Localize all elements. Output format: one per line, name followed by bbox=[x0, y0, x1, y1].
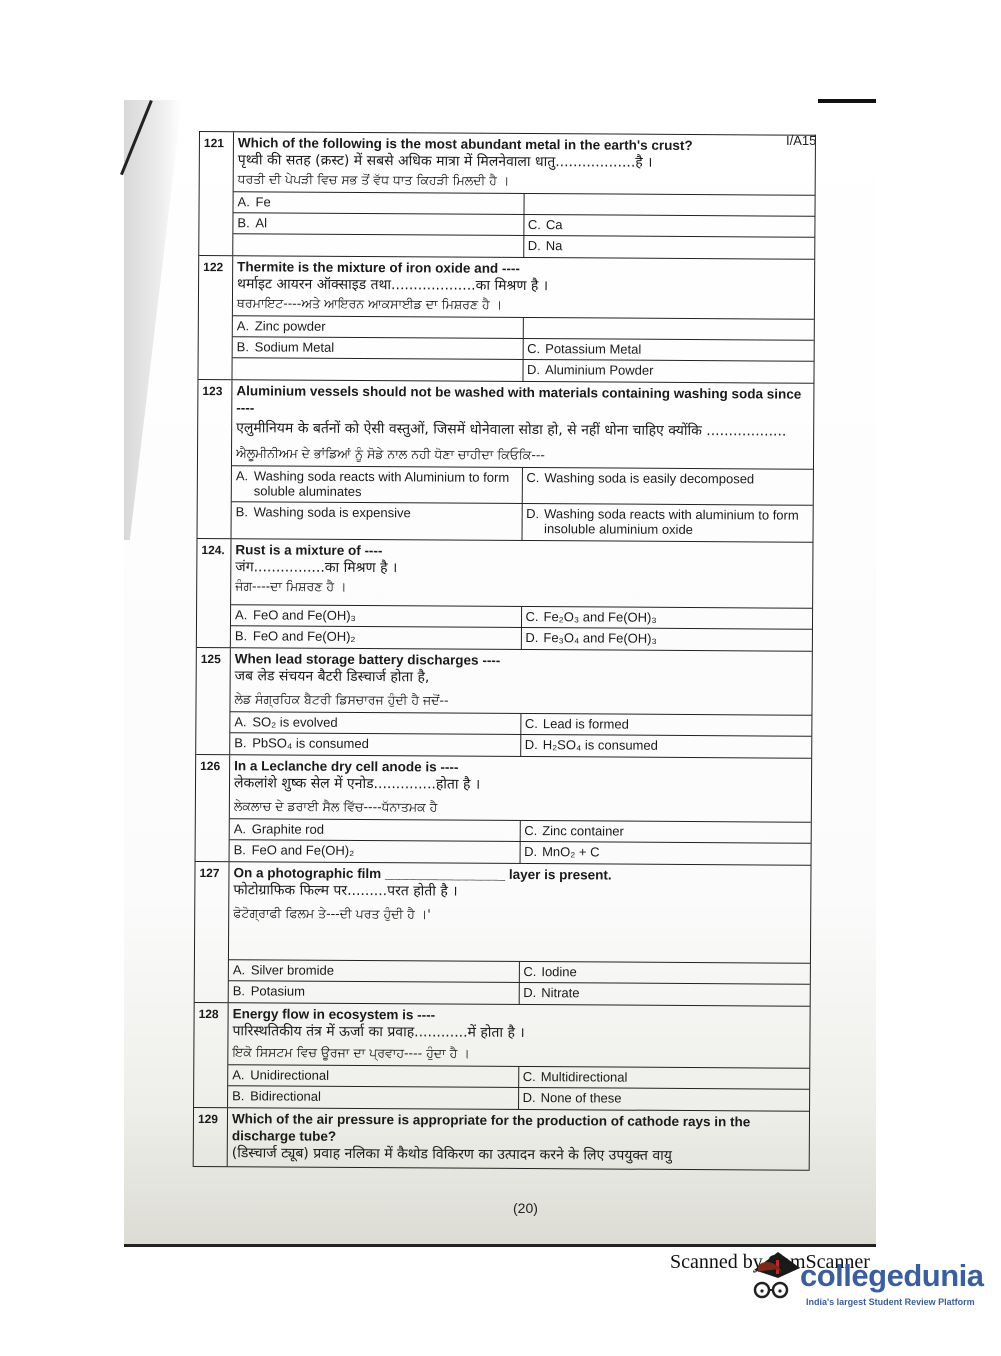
option-a[interactable]: A.Zinc powder bbox=[233, 316, 524, 339]
question-122: 122 Thermite is the mixture of iron oxid… bbox=[198, 256, 814, 384]
question-text-hindi: जब लेड संचयन बैटरी डिस्चार्ज होता है, bbox=[235, 667, 808, 689]
question-128: 128 Energy flow in ecosystem is ---- पार… bbox=[194, 1003, 810, 1112]
option-d[interactable]: D.Nitrate bbox=[519, 983, 810, 1006]
option-d[interactable]: D.MnO₂ + C bbox=[520, 842, 811, 865]
option-b[interactable]: B.Al bbox=[233, 213, 524, 236]
page-number: (20) bbox=[513, 1200, 538, 1216]
question-text-hindi: फोटोग्राफिक फिल्म पर.........परत होती है… bbox=[233, 881, 806, 903]
question-stem: In a Leclanche dry cell anode is ---- ले… bbox=[230, 755, 811, 823]
question-text-punjabi: ਐਲੂਮੀਨੀਅਮ ਦੇ ਭਾਂਡਿਆਂ ਨੂੰ ਸੋਡੇ ਨਾਲ ਨਹੀ ਧੋ… bbox=[236, 444, 809, 465]
question-text-punjabi: ਜੰਗ----ਦਾ ਮਿਸ਼ਰਣ ਹੈ । bbox=[235, 577, 808, 598]
collegedunia-brand: collegedunia bbox=[800, 1258, 983, 1294]
option-b[interactable]: B.Sodium Metal bbox=[233, 337, 524, 360]
options-grid: A.Zinc powder B.Sodium Metal C.Potassium… bbox=[232, 316, 813, 383]
page-bottom-edge bbox=[124, 1244, 876, 1247]
question-stem: Thermite is the mixture of iron oxide an… bbox=[233, 256, 814, 320]
question-number: 123 bbox=[198, 380, 233, 538]
question-124: 124. Rust is a mixture of ---- जंग......… bbox=[197, 539, 813, 652]
option-c[interactable]: C.Fe₂O₃ and Fe(OH)₃ bbox=[521, 607, 812, 630]
question-table: 121 Which of the following is the most a… bbox=[193, 131, 816, 1171]
question-text-punjabi: ਲੇਕਲਾਚ ਦੇ ਡਰਾਈ ਸੈਲ ਵਿੱਚ----ਧੱਨਾਤਮਕ ਹੈ bbox=[234, 797, 807, 818]
option-d[interactable]: D.Na bbox=[524, 236, 815, 259]
collegedunia-mascot-icon bbox=[748, 1248, 808, 1308]
option-empty bbox=[523, 318, 814, 341]
options-grid: A.Washing soda reacts with Aluminium to … bbox=[232, 466, 813, 542]
option-c[interactable]: C.Ca bbox=[524, 215, 815, 238]
options-grid: A.Silver bromide C.Iodine B.Potasium D.N… bbox=[229, 960, 810, 1006]
option-c[interactable]: C.Iodine bbox=[519, 962, 810, 985]
question-text-punjabi: ਫੋਟੋਗ੍ਰਾਫੀ ਫਿਲਮ ਤੇ---ਦੀ ਪਰਤ ਹੁੰਦੀ ਹੈ ।' bbox=[233, 904, 806, 925]
question-stem: Which of the air pressure is appropriate… bbox=[228, 1108, 809, 1170]
top-edge-mark bbox=[818, 99, 876, 103]
question-text-hindi: लेकलांशे शुष्क सेल में एनोड.............… bbox=[234, 774, 807, 796]
option-b[interactable]: B.Washing soda is expensive bbox=[232, 502, 523, 540]
option-d[interactable]: D.Fe₃O₄ and Fe(OH)₃ bbox=[521, 628, 812, 651]
question-number: 121 bbox=[199, 132, 234, 255]
option-d[interactable]: D.H₂SO₄ is consumed bbox=[521, 735, 812, 758]
options-grid: A.Fe B.Al C.Ca D.Na bbox=[233, 192, 814, 259]
question-123: 123 Aluminium vessels should not be wash… bbox=[198, 380, 814, 543]
question-text-punjabi: ਧਰਤੀ ਦੀ ਪੇਪੜੀ ਵਿਚ ਸਭ ਤੋਂ ਵੱਧ ਧਾਤ ਕਿਹੜੀ ਮ… bbox=[238, 170, 811, 191]
question-number: 127 bbox=[195, 862, 230, 1002]
option-b[interactable]: B.Bidirectional bbox=[228, 1086, 519, 1109]
question-number: 124. bbox=[197, 539, 232, 647]
option-c[interactable]: C.Washing soda is easily decomposed bbox=[522, 468, 813, 506]
question-text-punjabi: ਇਕੋ ਸਿਸਟਮ ਵਿਚ ਊਰਜਾ ਦਾ ਪ੍ਰਵਾਹ---- ਹੁੰਦਾ ਹ… bbox=[232, 1043, 805, 1064]
option-empty bbox=[524, 194, 815, 217]
question-stem: Aluminium vessels should not be washed w… bbox=[232, 380, 814, 470]
question-stem: Energy flow in ecosystem is ---- पारिस्थ… bbox=[228, 1003, 809, 1069]
option-b[interactable]: B.PbSO₄ is consumed bbox=[230, 733, 521, 756]
option-a[interactable]: A.Graphite rod bbox=[230, 819, 521, 842]
options-grid: A.Graphite rod C.Zinc container B.FeO an… bbox=[230, 819, 811, 865]
option-c[interactable]: C.Lead is formed bbox=[521, 714, 812, 737]
question-number: 126 bbox=[196, 755, 231, 861]
question-129: 129 Which of the air pressure is appropr… bbox=[194, 1108, 809, 1171]
option-a[interactable]: A.SO₂ is evolved bbox=[230, 712, 521, 735]
question-number: 122 bbox=[198, 256, 233, 379]
question-text-hindi: एलुमीनियम के बर्तनों को ऐसी वस्तुओं, जिस… bbox=[236, 419, 809, 441]
option-b[interactable]: B.FeO and Fe(OH)₂ bbox=[230, 840, 521, 863]
options-grid: A.SO₂ is evolved C.Lead is formed B.PbSO… bbox=[230, 712, 811, 758]
question-number: 125 bbox=[196, 648, 231, 754]
option-empty bbox=[233, 234, 524, 257]
question-number: 128 bbox=[194, 1003, 229, 1107]
question-126: 126 In a Leclanche dry cell anode is ---… bbox=[196, 755, 812, 866]
option-a[interactable]: A.Washing soda reacts with Aluminium to … bbox=[232, 466, 523, 504]
question-stem: When lead storage battery discharges ---… bbox=[230, 648, 811, 716]
question-121: 121 Which of the following is the most a… bbox=[199, 132, 815, 260]
option-a[interactable]: A.Unidirectional bbox=[228, 1065, 519, 1088]
question-text-english: Which of the air pressure is appropriate… bbox=[232, 1110, 805, 1147]
question-text-punjabi: ਥਰਮਾਇਟ----ਅਤੇ ਆਇਰਨ ਆਕਸਾਈਡ ਦਾ ਮਿਸ਼ਰਣ ਹੈ । bbox=[237, 294, 810, 315]
option-empty bbox=[232, 358, 523, 381]
option-b[interactable]: B.Potasium bbox=[229, 981, 520, 1004]
collegedunia-tagline: India's largest Student Review Platform bbox=[806, 1297, 975, 1307]
option-d[interactable]: D.None of these bbox=[519, 1088, 810, 1111]
options-grid: A.FeO and Fe(OH)₃ C.Fe₂O₃ and Fe(OH)₃ B.… bbox=[231, 605, 812, 651]
question-number: 129 bbox=[194, 1108, 228, 1166]
option-c[interactable]: C.Potassium Metal bbox=[523, 339, 814, 362]
question-stem: Which of the following is the most abund… bbox=[234, 132, 815, 196]
options-grid: A.Unidirectional C.Multidirectional B.Bi… bbox=[228, 1065, 809, 1111]
question-stem: On a photographic film ________________ … bbox=[229, 862, 811, 964]
question-text-english: Aluminium vessels should not be washed w… bbox=[236, 382, 809, 419]
option-a[interactable]: A.Fe bbox=[233, 192, 524, 215]
question-stem: Rust is a mixture of ---- जंग...........… bbox=[231, 539, 812, 609]
question-text-hindi: पारिस्थतिकीय तंत्र में ऊर्जा का प्रवाह..… bbox=[232, 1022, 805, 1044]
option-c[interactable]: C.Multidirectional bbox=[519, 1067, 810, 1090]
question-text-hindi: (डिस्चार्ज ट्यूब) प्रवाह नलिका में कैथोड… bbox=[232, 1144, 805, 1166]
question-125: 125 When lead storage battery discharges… bbox=[196, 648, 812, 759]
option-d[interactable]: D.Washing soda reacts with aluminium to … bbox=[522, 504, 813, 542]
option-a[interactable]: A.Silver bromide bbox=[229, 960, 520, 983]
option-c[interactable]: C.Zinc container bbox=[520, 821, 811, 844]
option-a[interactable]: A.FeO and Fe(OH)₃ bbox=[231, 605, 522, 628]
option-d[interactable]: D.Aluminium Powder bbox=[523, 360, 814, 383]
question-127: 127 On a photographic film _____________… bbox=[195, 862, 811, 1007]
question-text-punjabi: ਲੇਡ ਸੰਗ੍ਰਹਿਕ ਬੈਟਰੀ ਡਿਸਚਾਰਜ ਹੁੰਦੀ ਹੈ ਜਦੋਂ… bbox=[234, 690, 807, 711]
option-b[interactable]: B.FeO and Fe(OH)₂ bbox=[231, 626, 522, 649]
